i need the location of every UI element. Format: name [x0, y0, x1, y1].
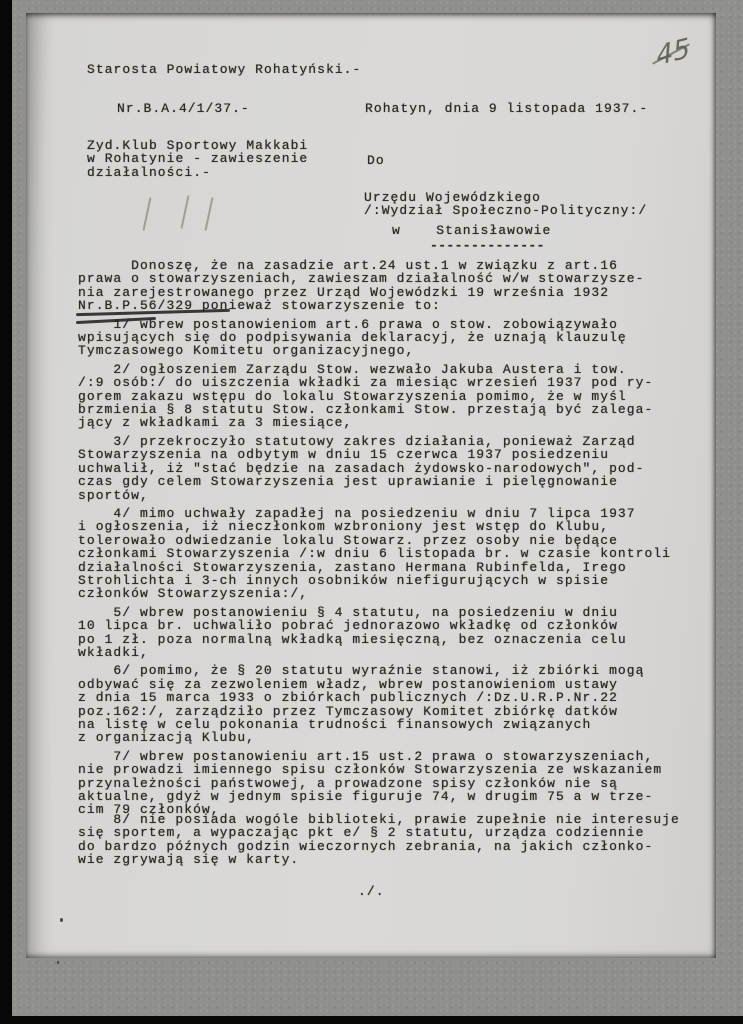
sender-line: Starosta Powiatowy Rohatyński.-: [87, 63, 361, 76]
charge-item-2: 2/ ogłoszeniem Zarządu Stow. wezwało Jak…: [78, 363, 671, 430]
document-page: 45 Starosta Powiatowy Rohatyński.- Nr.B.…: [26, 13, 716, 958]
charge-item-6: 6/ pomimo, że § 20 statutu wyraźnie stan…: [78, 664, 671, 744]
file-number: Nr.B.A.4/1/37.-: [117, 102, 250, 115]
charge-item-1: 1/ wbrew postanowieniom art.6 prawa o st…: [78, 318, 671, 358]
charge-item-7: 7/ wbrew postanowieniu art.15 ust.2 praw…: [78, 750, 671, 817]
charge-item-5: 5/ wbrew postanowieniu § 4 statutu, na p…: [78, 606, 671, 660]
charge-item-8: 8/ nie posiada wogóle biblioteki, prawie…: [78, 813, 680, 867]
charge-item-3: 3/ przekroczyło statutowy zakres działan…: [78, 435, 671, 502]
charge-item-4: 4/ mimo uchwały zapadłej na posiedzeniu …: [78, 507, 671, 601]
letter-body: Donoszę, że na zasadzie art.24 ust.1 w z…: [78, 259, 671, 817]
addressee-city-underline: --------------: [430, 239, 545, 252]
intro-paragraph: Donoszę, że na zasadzie art.24 ust.1 w z…: [78, 259, 671, 313]
pencil-mark: [204, 197, 213, 231]
addressee-city: w Stanisławowie: [392, 224, 551, 237]
salutation: Do: [367, 154, 385, 167]
closing-mark: ./.: [358, 885, 385, 898]
pencil-mark: [180, 195, 189, 229]
pencil-mark: [142, 197, 151, 231]
addressee-department: /:Wydział Społeczno-Polityczny:/: [364, 204, 647, 217]
scanned-document: { "scan": { "handwritten_page_number": "…: [0, 0, 743, 1024]
ink-speck: [60, 918, 63, 922]
ink-speck: [57, 961, 59, 964]
subject-block: Zyd.Klub Sportowy Makkabi w Rohatynie - …: [87, 139, 308, 179]
place-and-date: Rohatyn, dnia 9 listopada 1937.-: [365, 102, 648, 115]
